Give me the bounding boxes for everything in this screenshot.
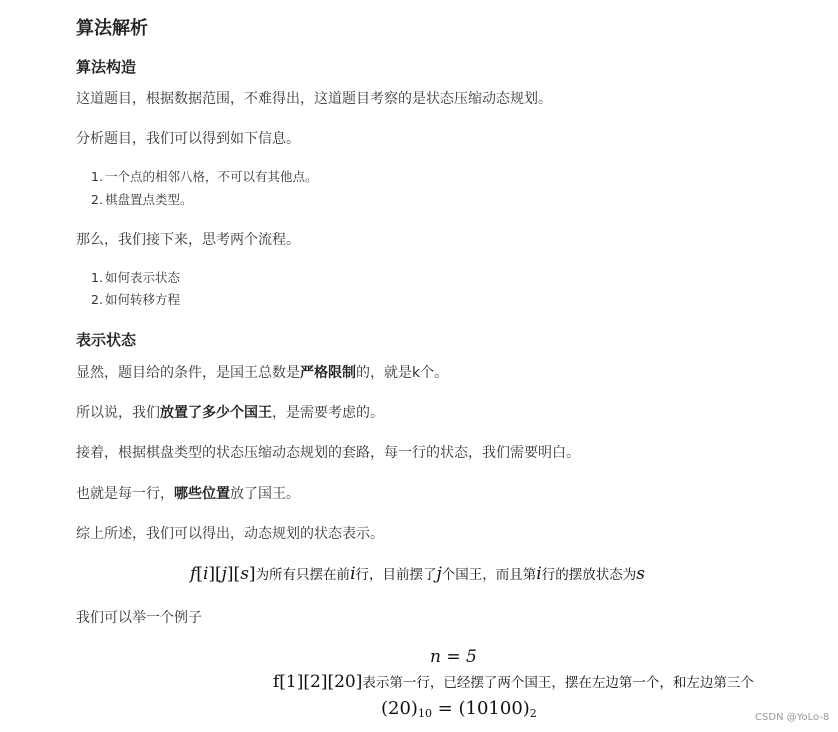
list-item: 2.棋盘置点类型。 [91,190,193,208]
math-lhs: (20) [381,698,418,719]
math-text: 个国王，而且第 [442,567,537,583]
paragraph: 综上所述，我们可以得出，动态规划的状态表示。 [76,523,384,543]
text: 也就是每一行， [76,486,174,502]
math-text: 行的摆放状态为 [542,567,637,583]
formula-state-definition: f[i][j][s]为所有只摆在前i行，目前摆了j个国王，而且第i行的摆放状态为… [190,563,645,584]
math-text: 行，目前摆了 [356,567,437,583]
math-eq: = [432,698,459,719]
bold-text: 严格限制 [300,365,356,381]
math-rhs: (10100) [458,698,529,719]
paragraph: 分析题目，我们可以得到如下信息。 [76,128,300,148]
text: 显然，题目给的条件，是国王总数是 [76,365,300,381]
list-text: 如何表示状态 [105,270,180,285]
list-number: 1. [91,270,105,285]
list-text: 棋盘置点类型。 [105,192,193,207]
text: ，是需要考虑的。 [272,405,384,421]
list-number: 2. [91,192,105,207]
bold-text: 哪些位置 [174,486,230,502]
math-s: s [240,564,249,584]
text: 的，就是k个。 [356,365,448,381]
math-sub: 10 [418,707,432,720]
formula-example: f[1][2][20]表示第一行，已经摆了两个国王，摆在左边第一个，和左边第三个 [273,671,754,692]
paragraph: 那么，我们接下来，思考两个流程。 [76,229,300,249]
list-text: 一个点的相邻八格，不可以有其他点。 [105,169,318,184]
subsection-title-state: 表示状态 [76,329,136,350]
subsection-title-construct: 算法构造 [76,56,136,77]
paragraph: 显然，题目给的条件，是国王总数是严格限制的，就是k个。 [76,362,448,382]
text: 放了国王。 [230,486,300,502]
list-item: 1.如何表示状态 [91,268,180,286]
math-text: 为所有只摆在前 [256,567,351,583]
formula-binary: (20)10 = (10100)2 [381,698,537,720]
watermark: CSDN @YoLo-8 [755,712,829,723]
math-i: i [203,564,208,584]
text: 所以说，我们 [76,405,160,421]
list-item: 1.一个点的相邻八格，不可以有其他点。 [91,167,318,185]
paragraph: 也就是每一行，哪些位置放了国王。 [76,483,300,503]
math-sub: 2 [530,707,537,720]
list-text: 如何转移方程 [105,292,180,307]
section-title: 算法解析 [76,14,148,40]
paragraph: 我们可以举一个例子 [76,607,202,627]
math-f: f [190,564,196,584]
list-number: 1. [91,169,105,184]
paragraph: 这道题目，根据数据范围，不难得出，这道题目考察的是状态压缩动态规划。 [76,88,552,108]
math-f-expr: f[1][2][20] [273,672,362,692]
paragraph: 接着，根据棋盘类型的状态压缩动态规划的套路，每一行的状态，我们需要明白。 [76,442,580,462]
list-number: 2. [91,292,105,307]
math-j: j [222,564,227,584]
formula-n: n = 5 [430,647,477,667]
list-item: 2.如何转移方程 [91,290,180,308]
paragraph: 所以说，我们放置了多少个国王，是需要考虑的。 [76,402,384,422]
math-text: 表示第一行，已经摆了两个国王，摆在左边第一个，和左边第三个 [362,675,754,691]
bold-text: 放置了多少个国王 [160,405,272,421]
math-s: s [636,564,645,584]
